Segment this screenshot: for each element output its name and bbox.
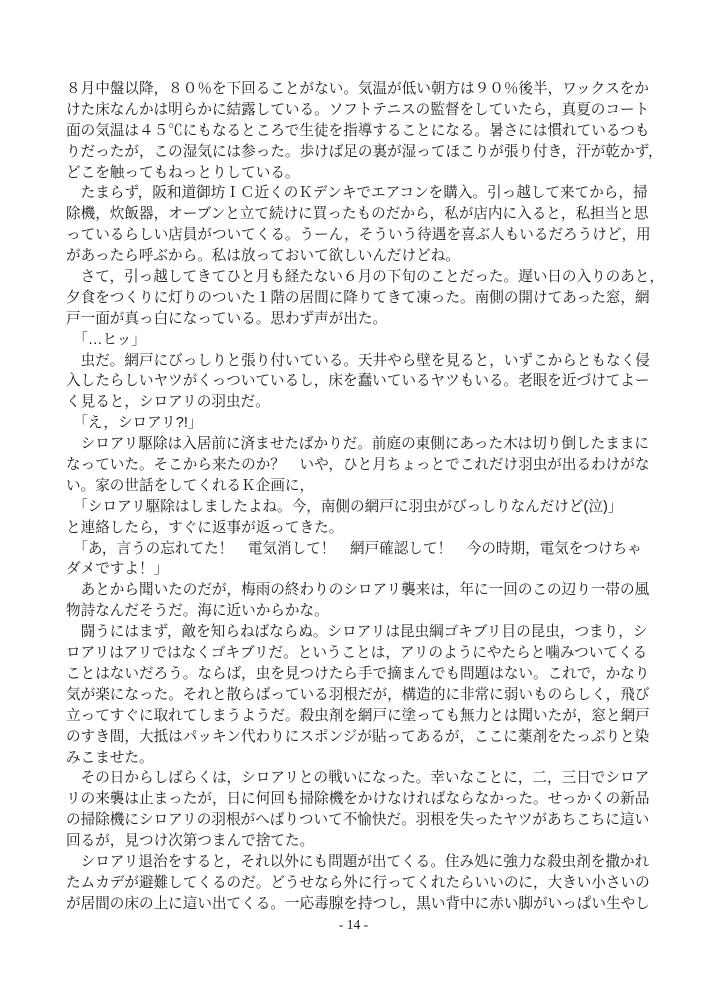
text-line: さて，引っ越してきてひと月も経たない６月の下旬のことだった。遅い日の入りのあと， [66,267,648,288]
text-line: 面の気温は４５℃にもなるところで生徒を指導することになる。暑さには慣れているつも [66,121,648,142]
text-line: どこを触ってもねっとりしている。 [66,163,648,184]
text-line: 虫だ。網戸にびっしりと張り付いている。天井やら壁を見ると，いずこからともなく侵 [66,351,648,372]
text-line: のすき間，大抵はパッキン代わりにスポンジが貼ってあるが，ここに薬剤をたっぷりと染 [66,727,648,748]
text-line: 気が楽になった。それと散らばっている羽根だが，構造的に非常に弱いものらしく，飛び [66,685,648,706]
text-line: 物詩なんだそうだ。海に近いからかな。 [66,601,648,622]
text-line: みこませた。 [66,748,648,769]
text-line: シロアリ退治をすると，それ以外にも問題が出てくる。住み処に強力な殺虫剤を撒かれ [66,852,648,873]
text-line: の掃除機にシロアリの羽根がへばりついて不愉快だ。羽根を失ったヤツがあちこちに這い [66,810,648,831]
text-line: けた床なんかは明らかに結露している。ソフトテニスの監督をしていたら，真夏のコート [66,100,648,121]
text-line: く見ると，シロアリの羽虫だ。 [66,392,648,413]
text-line: たムカデが避難してくるのだ。どうせなら外に行ってくれたらいいのに，大きい小さいの [66,873,648,894]
text-line: と連絡したら，すぐに返事が返ってきた。 [66,518,648,539]
text-line: が居間の床の上に這い出てくる。一応毒腺を持つし，黒い背中に赤い脚がいっぱい生やし [66,894,648,915]
page-number: - 14 - [0,917,707,933]
text-line: ロアリはアリではなくゴキブリだ。ということは，アリのようにやたらと噛みついてくる [66,643,648,664]
text-line: 闘うにはまず，敵を知らねばならぬ。シロアリは昆虫綱ゴキブリ目の昆虫，つまり，シ [66,622,648,643]
text-line: い。家の世話をしてくれるＫ企画に， [66,476,648,497]
text-line: 入したらしいヤツがくっついているし，床を蠢いているヤツもいる。老眼を近づけてよー [66,371,648,392]
text-line: ８月中盤以降，８０％を下回ることがない。気温が低い朝方は９０％後半，ワックスをか [66,79,648,100]
text-line: 立ってすぐに取れてしまうようだ。殺虫剤を網戸に塗っても無力とは聞いたが，窓と網戸 [66,706,648,727]
text-line: シロアリ駆除は入居前に済ませたばかりだ。前庭の東側にあった木は切り倒したままに [66,434,648,455]
text-line: 「え，シロアリ?!」 [66,413,648,434]
text-line: 除機，炊飯器，オーブンと立て続けに買ったものだから，私が店内に入ると，私担当と思 [66,204,648,225]
text-line: ことはないだろう。ならば，虫を見つけたら手で摘まんでも問題はない。これで，かなり [66,664,648,685]
text-line: 戸一面が真っ白になっている。思わず声が出た。 [66,309,648,330]
text-line: 「シロアリ駆除はしましたよね。今，南側の網戸に羽虫がびっしりなんだけど(泣)」 [66,497,648,518]
text-line: っているらしい店員がついてくる。うーん，そういう待遇を喜ぶ人もいるだろうけど，用 [66,225,648,246]
body-text: ８月中盤以降，８０％を下回ることがない。気温が低い朝方は９０％後半，ワックスをか… [66,79,648,915]
text-line: 回るが，見つけ次第つまんで捨てた。 [66,831,648,852]
text-line: なっていた。そこから来たのか？ いや，ひと月ちょっとでこれだけ羽虫が出るわけがな [66,455,648,476]
text-line: たまらず，阪和道御坊ＩＣ近くのＫデンキでエアコンを購入。引っ越して来てから，掃 [66,183,648,204]
text-line: リの来襲は止まったが，日に何回も掃除機をかけなければならなかった。せっかくの新品 [66,789,648,810]
text-line: あとから聞いたのだが，梅雨の終わりのシロアリ襲来は，年に一回のこの辺り一帯の風 [66,580,648,601]
text-line: 「…ヒッ」 [66,330,648,351]
text-line: があったら呼ぶから。私は放っておいて欲しいんだけどね。 [66,246,648,267]
text-line: その日からしばらくは，シロアリとの戦いになった。幸いなことに，二，三日でシロア [66,768,648,789]
text-line: ダメですよ！」 [66,559,648,580]
document-page: ８月中盤以降，８０％を下回ることがない。気温が低い朝方は９０％後半，ワックスをか… [0,0,707,1000]
text-line: 「あ，言うの忘れてた！ 電気消して！ 網戸確認して！ 今の時期，電気をつけちゃ [66,539,648,560]
text-line: りだったが，この湿気には参った。歩けば足の裏が湿ってほこりが張り付き，汗が乾かず… [66,142,648,163]
text-line: 夕食をつくりに灯りのついた１階の居間に降りてきて凍った。南側の開けてあった窓，網 [66,288,648,309]
